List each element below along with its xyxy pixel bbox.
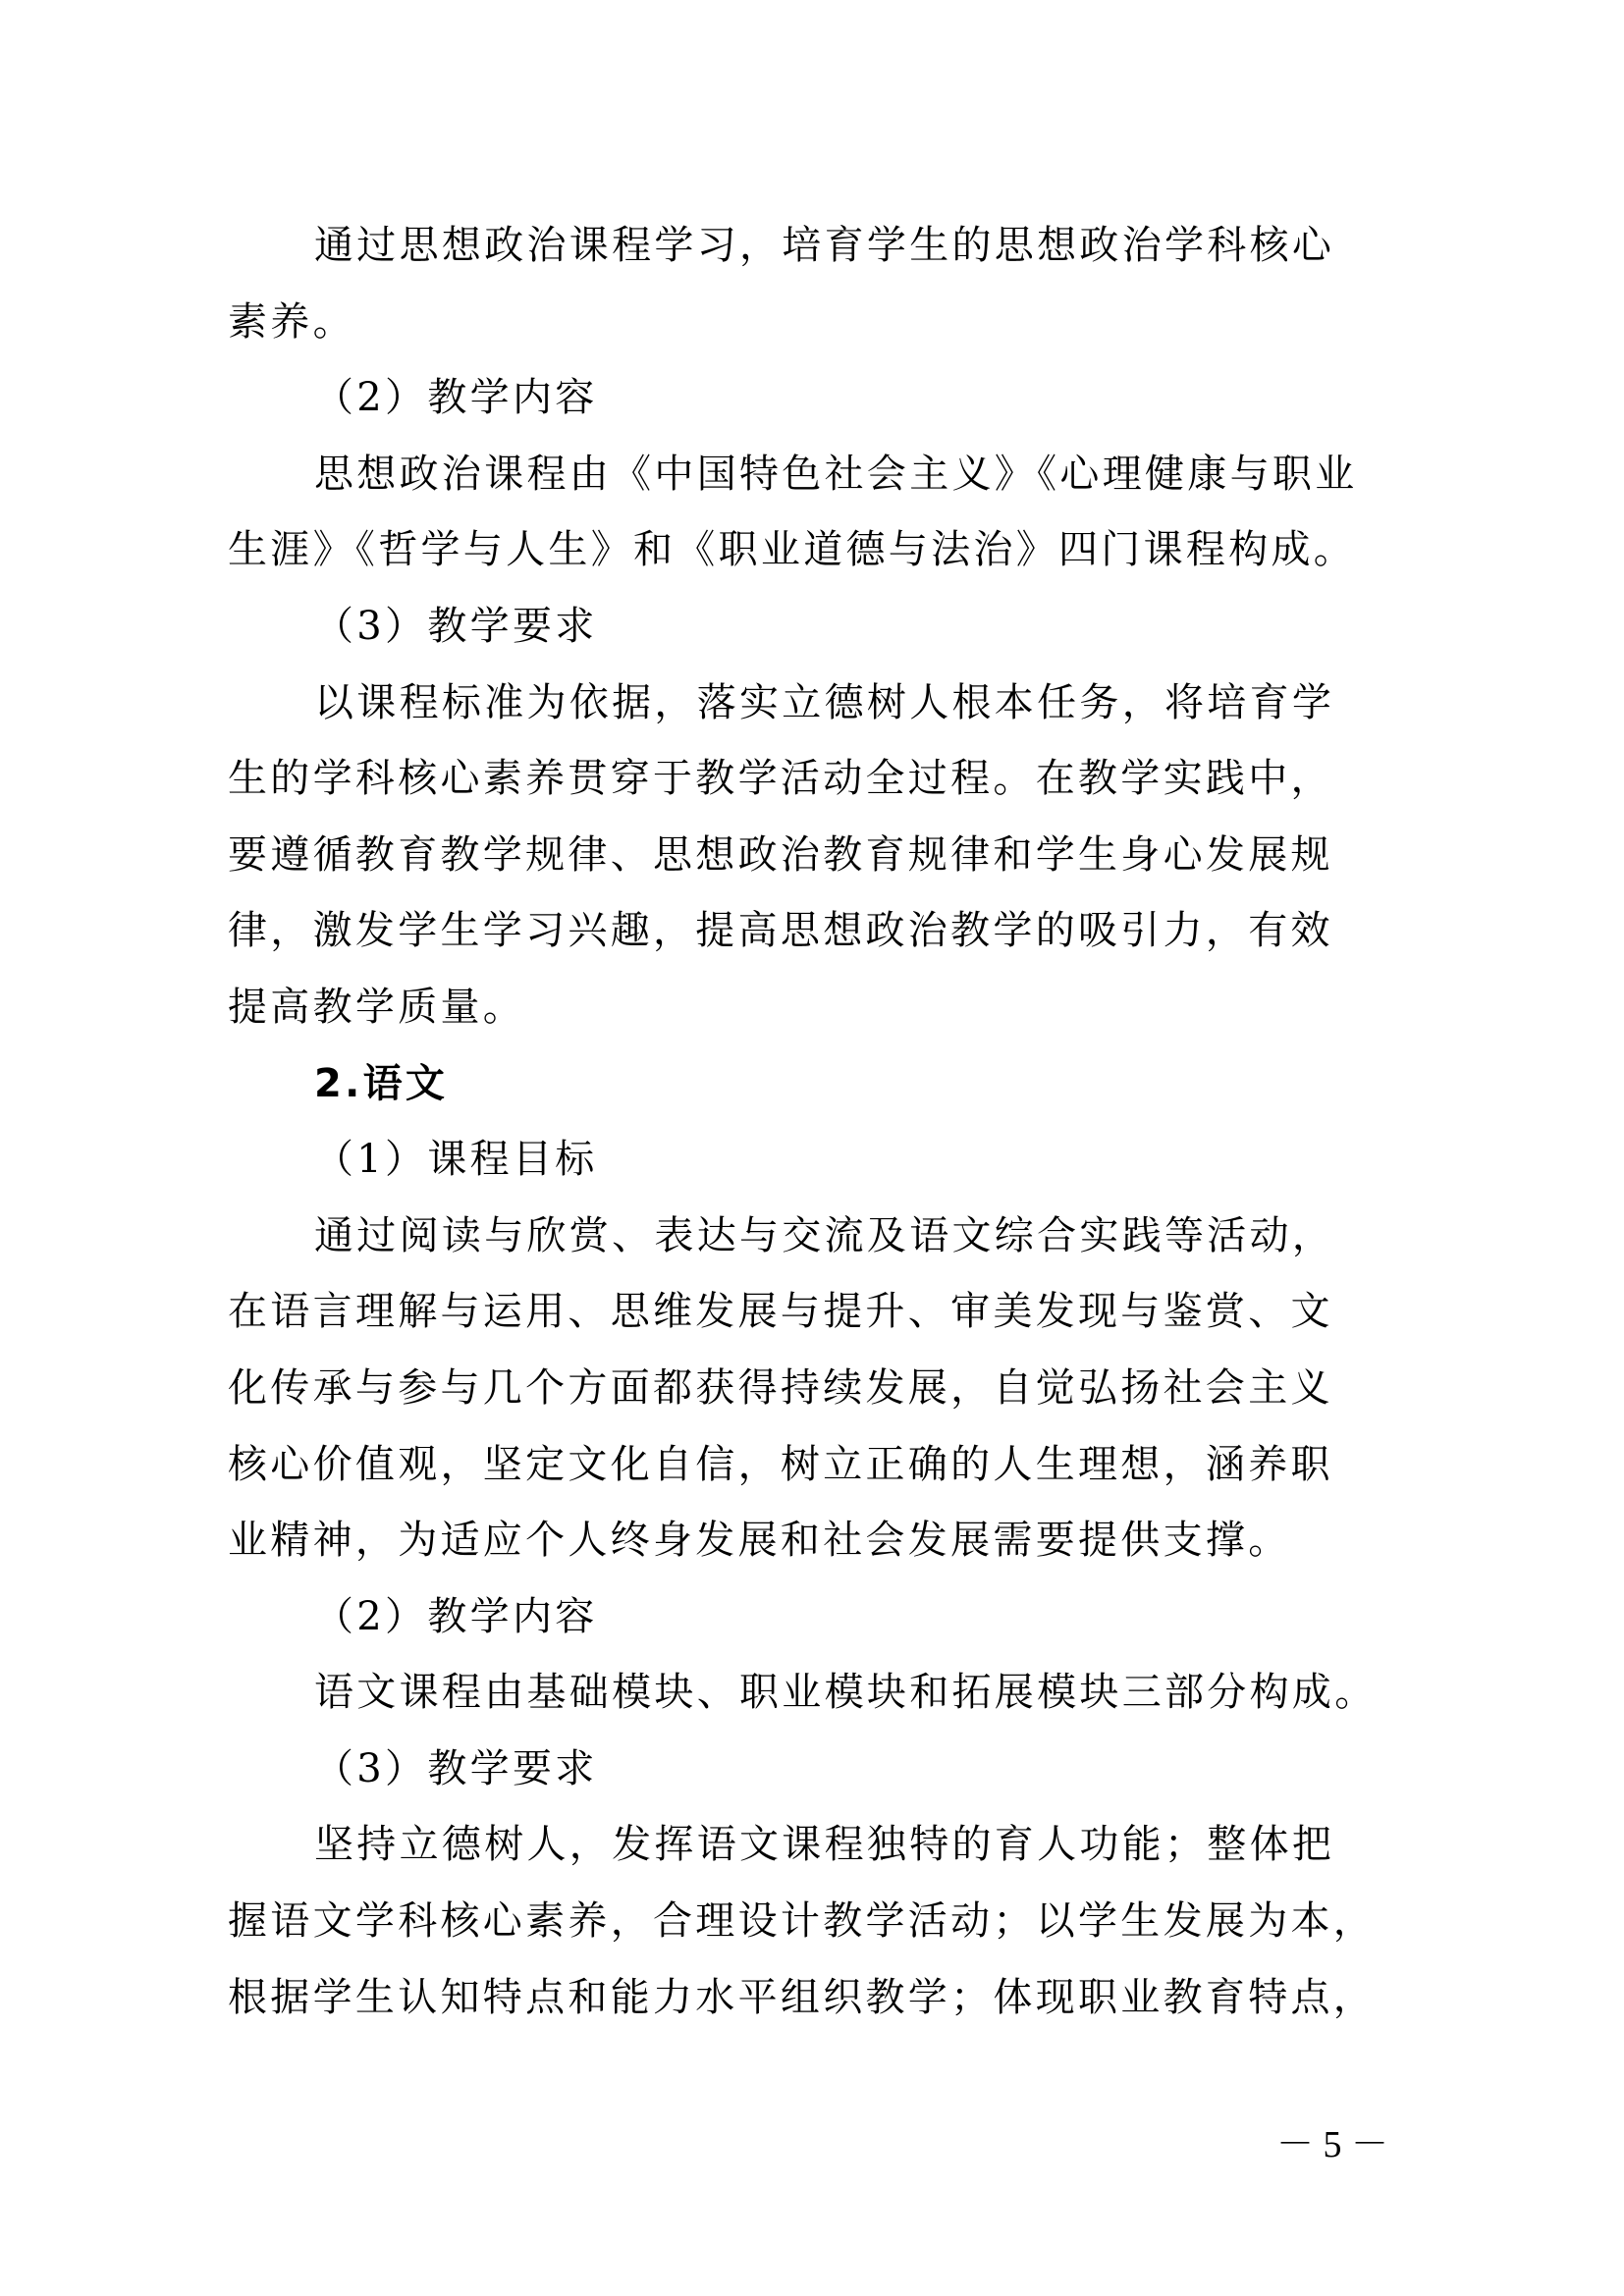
paragraph-line: 在语言理解与运用、思维发展与提升、审美发现与鉴赏、文 xyxy=(228,1274,1377,1351)
paragraph-line: 业精神，为适应个人终身发展和社会发展需要提供支撑。 xyxy=(228,1503,1377,1579)
paragraph-line: 生涯》《哲学与人生》和《职业道德与法治》四门课程构成。 xyxy=(228,512,1377,589)
document-body: 通过思想政治课程学习，培育学生的思想政治学科核心 素养。 （2）教学内容 思想政… xyxy=(228,208,1377,2036)
subsection-heading: （2）教学内容 xyxy=(228,1579,1377,1656)
paragraph-line: 要遵循教育教学规律、思想政治教育规律和学生身心发展规 xyxy=(228,818,1377,894)
paragraph-line: 语文课程由基础模块、职业模块和拓展模块三部分构成。 xyxy=(228,1655,1377,1732)
subsection-heading: （3）教学要求 xyxy=(228,1732,1377,1808)
subsection-heading: （1）课程目标 xyxy=(228,1122,1377,1199)
paragraph-line: 坚持立德树人，发挥语文课程独特的育人功能；整体把 xyxy=(228,1807,1377,1884)
paragraph-line: 化传承与参与几个方面都获得持续发展，自觉弘扬社会主义 xyxy=(228,1351,1377,1427)
section-heading: 2.语文 xyxy=(228,1046,1377,1123)
paragraph-line: 生的学科核心素养贯穿于教学活动全过程。在教学实践中， xyxy=(228,741,1377,818)
paragraph-line: 以课程标准为依据，落实立德树人根本任务，将培育学 xyxy=(228,666,1377,742)
paragraph-line: 提高教学质量。 xyxy=(228,970,1377,1046)
paragraph-line: 握语文学科核心素养，合理设计教学活动；以学生发展为本， xyxy=(228,1884,1377,1960)
paragraph-line: 通过思想政治课程学习，培育学生的思想政治学科核心 xyxy=(228,208,1377,285)
paragraph-line: 律，激发学生学习兴趣，提高思想政治教学的吸引力，有效 xyxy=(228,893,1377,970)
paragraph-line: 思想政治课程由《中国特色社会主义》《心理健康与职业 xyxy=(228,437,1377,513)
paragraph-line: 素养。 xyxy=(228,285,1377,361)
subsection-heading: （2）教学内容 xyxy=(228,360,1377,437)
paragraph-line: 核心价值观，坚定文化自信，树立正确的人生理想，涵养职 xyxy=(228,1427,1377,1504)
paragraph-line: 根据学生认知特点和能力水平组织教学；体现职业教育特点， xyxy=(228,1960,1377,2037)
subsection-heading: （3）教学要求 xyxy=(228,589,1377,666)
paragraph-line: 通过阅读与欣赏、表达与交流及语文综合实践等活动， xyxy=(228,1199,1377,1275)
page-number: － 5 － xyxy=(1276,2123,1384,2166)
